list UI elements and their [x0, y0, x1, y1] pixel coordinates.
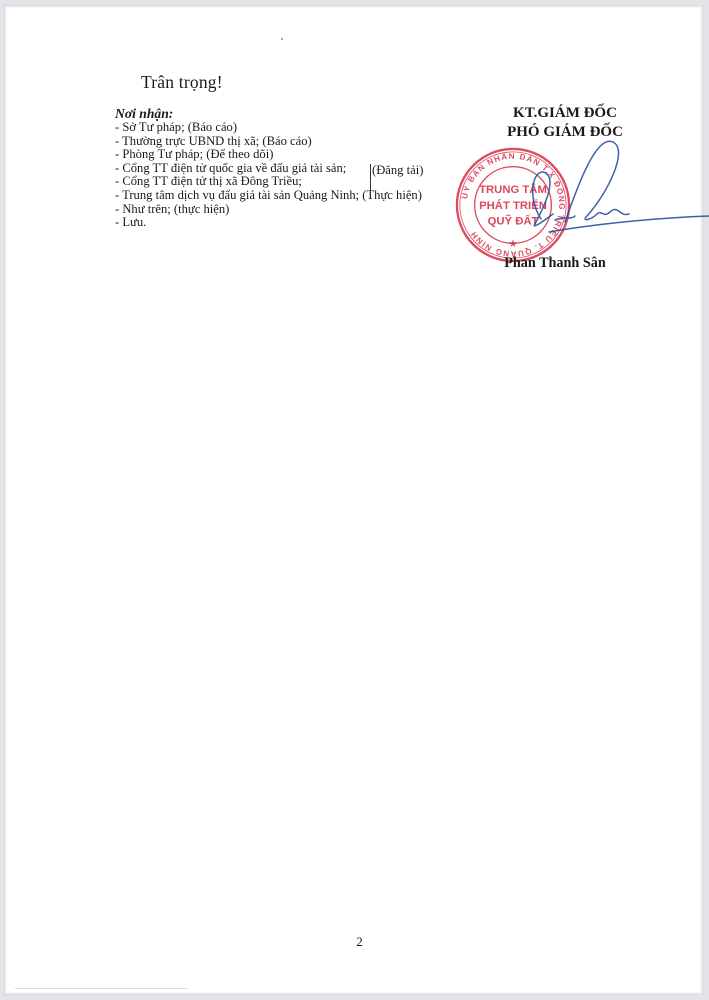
closing-greeting: Trân trọng!	[141, 72, 223, 93]
signer-name: Phan Thanh Sân	[475, 255, 635, 272]
recipient-item: - Lưu.	[115, 216, 422, 230]
document-page: Trân trọng! Nơi nhận: - Sở Tư pháp; (Báo…	[4, 5, 703, 995]
recipient-item: - Phòng Tư pháp; (Để theo dõi)	[115, 148, 422, 162]
scan-speck	[281, 38, 283, 40]
recipient-item: - Như trên; (thực hiện)	[115, 203, 422, 217]
page-number: 2	[5, 934, 709, 950]
recipient-item: - Sở Tư pháp; (Báo cáo)	[115, 121, 422, 135]
recipient-item: - Thường trực UBND thị xã; (Báo cáo)	[115, 135, 422, 149]
recipients-title: Nơi nhận:	[115, 107, 422, 121]
recipient-item: - Trung tâm dịch vụ đấu giá tài sản Quản…	[115, 189, 422, 203]
grouping-bracket	[370, 164, 371, 191]
signature-title-line1: KT.GIÁM ĐỐC	[475, 104, 655, 123]
handwritten-signature-icon	[505, 124, 709, 244]
scan-artifact-line	[15, 988, 187, 989]
grouped-recipients-note: (Đăng tải)	[372, 163, 423, 178]
